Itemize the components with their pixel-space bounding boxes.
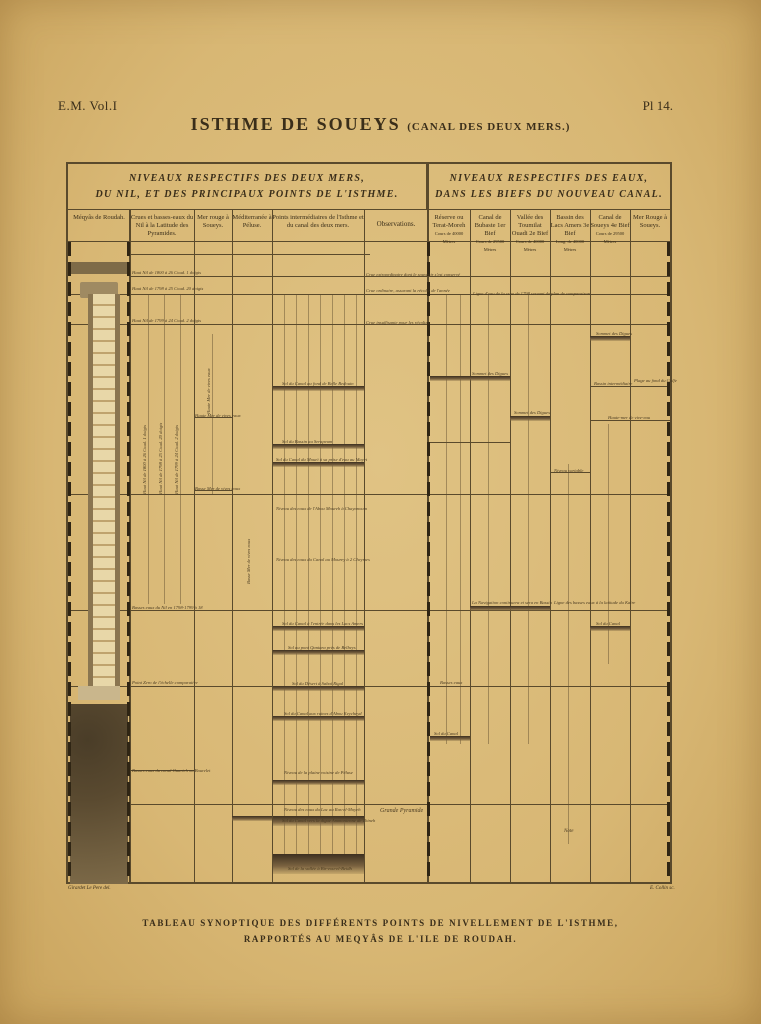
annotation: Sommet des Digues <box>596 331 632 336</box>
column-header-intermediate: Points intermédiaires de l'Isthme et du … <box>272 210 364 242</box>
annotation: Niveau des eaux du Lac au Ras-el-Moyeh <box>284 807 361 812</box>
scale-bar <box>427 242 430 882</box>
column-divider <box>630 210 631 882</box>
level-band <box>273 780 364 785</box>
annotation: Point Zero de l'échelle comparative <box>132 680 198 685</box>
volume-label: E.M. Vol.I <box>58 98 117 114</box>
column-header-nile: Crues et basses-eaux du Nil à la Latitud… <box>130 210 194 242</box>
column-base <box>78 686 120 700</box>
annotation: Sol du Désert à Sabaï Rigal <box>292 681 343 686</box>
annotation: Haute Mer de vives eaux <box>195 413 241 418</box>
canal-reference-line-label: Ligne d'eau de la crue de 1798 servant d… <box>473 291 590 296</box>
bief-level <box>470 606 550 611</box>
bief-level <box>590 626 630 631</box>
section-header-right: NIVEAUX RESPECTIFS DES EAUX, DANS LES BI… <box>428 164 670 210</box>
title-sub: (CANAL DES DEUX MERS.) <box>407 121 570 133</box>
annotation: Sommet des Digues <box>514 410 550 415</box>
level-band <box>273 626 364 631</box>
column-divider <box>590 210 591 882</box>
plate-number: Pl 14. <box>643 98 673 114</box>
column-header-lacs-amers: Bassin des Lacs Amers 3e BiefLong. de 40… <box>550 210 590 242</box>
column-header-bubaste: Canal de Bubaste 1er BiefCours de 29500 … <box>470 210 510 242</box>
annotation: Niveau variable <box>554 468 583 473</box>
level-band <box>232 816 272 821</box>
annotation: Sol du Canal à l'entrée dans les Lacs Am… <box>282 621 363 626</box>
level-line <box>68 494 670 495</box>
annotation: Sol de la vallée à Bir-eou-el-Beidh <box>288 866 352 871</box>
level-line <box>130 254 370 255</box>
bief-level <box>430 376 510 381</box>
observation-note: Crue ordinaire, assurant la récolte de l… <box>366 288 450 293</box>
column-divider <box>194 210 195 882</box>
annotation: Sol du Canal du Moueï à sa prise d'eau a… <box>276 457 367 462</box>
column-divider <box>232 210 233 882</box>
level-band <box>273 444 364 449</box>
annotation: Sol au pont Qantara près de Belbeys <box>288 645 356 650</box>
bief-level <box>510 416 550 421</box>
bief-level <box>590 336 630 341</box>
annotation: Basses eaux du Nil en 1798-1799 à 18 <box>132 605 203 610</box>
column-divider <box>550 210 551 882</box>
annotation: Haute-mer de vive-eau <box>608 415 650 420</box>
column-divider <box>470 210 471 882</box>
annotation: Plage au fond du Golfe <box>634 378 677 383</box>
rotated-annotation: Basse Mer de vives eaux <box>246 539 251 584</box>
column-divider <box>364 210 365 882</box>
caption-line-1: TABLEAU SYNOPTIQUE DES DIFFÉRENTS POINTS… <box>0 918 761 928</box>
annotation: Sol du Bassin au Serapeum <box>282 439 332 444</box>
annotation: Sol du Canal aux ruines d'Abou Keycheyd <box>284 711 362 716</box>
column-entablature <box>68 262 128 274</box>
scale-bar-left <box>68 242 71 882</box>
level-line <box>68 804 670 805</box>
credit-engraver: E. Collin sc. <box>650 886 675 891</box>
annotation: Basses eaux <box>440 680 462 685</box>
scale-bar-right <box>667 242 670 882</box>
rotated-annotation: Haute Mer de vives eaux <box>206 368 211 414</box>
observation-note: Crue insuffisante pour les récoltes <box>366 320 429 325</box>
scale-bar <box>127 242 130 882</box>
column-divider <box>510 210 511 882</box>
annotation: La Navigation continuera et sera en Bass… <box>472 600 552 605</box>
annotation: Note <box>564 829 573 834</box>
rotated-annotation: Haut Nil de 1800 à 26 Coud. 1 doigts <box>142 425 147 494</box>
annotation: Niveau des eaux du Canal au Mourey à 2 C… <box>276 557 370 562</box>
level-line <box>68 610 670 611</box>
column-header-red-sea: Mer rouge à Soueys. <box>194 210 232 242</box>
annotation: Haut Nil de 1798 à 25 Coud. 20 doigts <box>132 286 203 291</box>
meqyas-column-illustration <box>88 294 120 686</box>
title-main: ISTHME DE SOUEYS <box>191 114 401 134</box>
rotated-annotation: Haut Nil de 1798 à 25 Coud. 20 doigts <box>158 423 163 494</box>
annotation: Bassin intermédiaire <box>594 381 632 386</box>
level-line <box>68 686 670 687</box>
annotation: Basses eaux du canal Ouarieh ou Bourelet <box>132 768 210 773</box>
annotation: Sol du Canal au fond de Belle Bedouin <box>282 381 354 386</box>
annotation: Sol du Canal <box>596 621 620 626</box>
column-header-reserve: Réserve ou Terat-MorehCours de 40000 Mèt… <box>428 210 470 242</box>
column-header-mer-rouge: Mer Rouge à Soueys. <box>630 210 670 242</box>
section-header-left: NIVEAUX RESPECTIFS DES DEUX MERS, DU NIL… <box>68 164 428 210</box>
annotation: Basse Mer de vives eaux <box>195 486 240 491</box>
level-band <box>273 686 364 691</box>
level-band <box>273 854 364 874</box>
level-band <box>273 716 364 721</box>
column-header-observations: Observations. <box>364 210 428 242</box>
synoptic-table: NIVEAUX RESPECTIFS DES DEUX MERS, DU NIL… <box>66 162 672 884</box>
column-header-meqyas: Méqyâs de Roudah. <box>68 210 130 242</box>
annotation: Sommet des Digues <box>472 371 508 376</box>
annotation: Ligne des basses eaux à la latitude du K… <box>554 600 635 605</box>
observation-note: Grande Pyramide <box>380 808 423 814</box>
page-title: ISTHME DE SOUEYS (CANAL DES DEUX MERS.) <box>0 114 761 135</box>
column-header-canal-soueys: Canal de Soueys 4e BiefCours de 29500 Mè… <box>590 210 630 242</box>
bief-level <box>430 736 470 741</box>
annotation: Haut Nil de 1800 à 26 Coud. 1 doigts <box>132 270 201 275</box>
credit-draftsman: Girardet Le Pere del. <box>68 886 111 891</box>
column-header-toumilat: Vallée des Toumilat Ouadi 2e BiefCours d… <box>510 210 550 242</box>
annotation: Sol du Canal vers la digue Ammonienne de… <box>282 818 375 823</box>
annotation: Niveau des eaux de l'Abou Moureh à Chaya… <box>276 506 367 511</box>
caption-line-2: RAPPORTÉS AU MEQYÂS DE L'ILE DE ROUDAH. <box>0 934 761 944</box>
level-band <box>273 386 364 391</box>
level-band <box>273 462 364 467</box>
column-header-mediterranean: Méditerranée à Péluse. <box>232 210 272 242</box>
annotation: Haut Nil de 1799 à 24 Coud. 2 doigts <box>132 318 201 323</box>
annotation: Sol du Canal <box>434 731 458 736</box>
observation-note: Crue extraordinaire dont le souvenir s'e… <box>366 272 460 277</box>
level-band <box>273 650 364 655</box>
ground-section <box>70 704 128 884</box>
annotation: Niveau de la plaine voisine de Péluse <box>284 770 353 775</box>
rotated-annotation: Haut Nil de 1799 à 24 Coud. 2 doigts <box>174 425 179 494</box>
